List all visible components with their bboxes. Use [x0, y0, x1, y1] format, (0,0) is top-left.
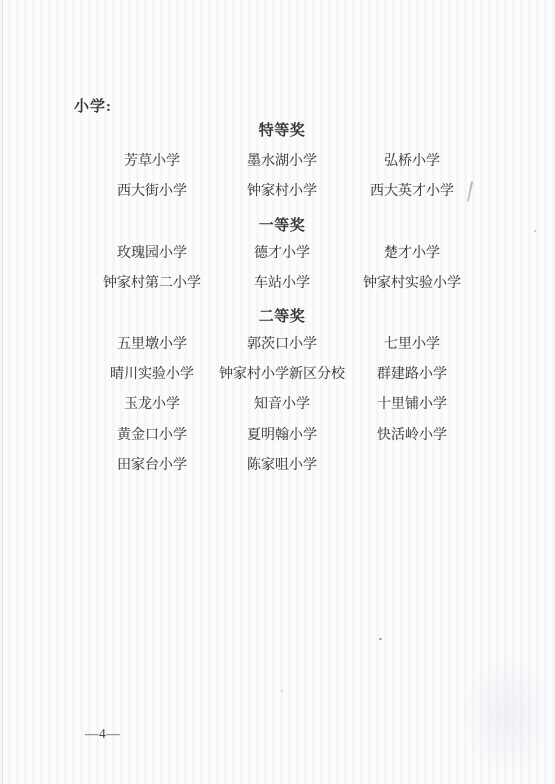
school-name: 钟家村小学新区分校: [217, 367, 347, 383]
page-number: —4—: [85, 726, 120, 742]
section-title-special-prize: 特等奖: [87, 123, 477, 139]
school-row: 玫瑰园小学 德才小学 楚才小学: [87, 246, 477, 262]
school-name: 钟家村实验小学: [347, 276, 477, 292]
school-name: 五里墩小学: [87, 337, 217, 353]
school-name: 快活岭小学: [347, 428, 477, 444]
school-name: 钟家村第二小学: [87, 276, 217, 292]
school-row: 玉龙小学 知音小学 十里铺小学: [87, 397, 477, 413]
school-name: 夏明翰小学: [217, 428, 347, 444]
school-name: 群建路小学: [347, 367, 477, 383]
school-name: 黄金口小学: [87, 428, 217, 444]
school-name: 陈家咀小学: [217, 458, 347, 474]
school-row: 钟家村第二小学 车站小学 钟家村实验小学: [87, 276, 477, 292]
school-name: 钟家村小学: [217, 184, 347, 200]
school-row: 五里墩小学 郭茨口小学 七里小学: [87, 337, 477, 353]
school-name: 车站小学: [217, 276, 347, 292]
school-name: 玉龙小学: [87, 397, 217, 413]
school-name: 田家台小学: [87, 458, 217, 474]
school-name: 德才小学: [217, 246, 347, 262]
school-name: 七里小学: [347, 337, 477, 353]
school-name: [347, 458, 477, 474]
section-title-first-prize: 一等奖: [87, 218, 477, 234]
school-name: 西大街小学: [87, 184, 217, 200]
scanned-document-page: 小学: 特等奖 芳草小学 墨水湖小学 弘桥小学 西大街小学 钟家村小学 西大英才…: [0, 0, 555, 784]
scan-speck: [379, 638, 382, 640]
school-name: 楚才小学: [347, 246, 477, 262]
category-label: 小学:: [74, 95, 112, 116]
school-row: 田家台小学 陈家咀小学: [87, 458, 477, 474]
school-row: 西大街小学 钟家村小学 西大英才小学: [87, 184, 477, 200]
scan-speck: [281, 690, 283, 692]
school-name: 十里铺小学: [347, 397, 477, 413]
scan-speck: [534, 230, 536, 232]
school-name: 玫瑰园小学: [87, 246, 217, 262]
school-row: 黄金口小学 夏明翰小学 快活岭小学: [87, 428, 477, 444]
school-name: 墨水湖小学: [217, 154, 347, 170]
school-name: 知音小学: [217, 397, 347, 413]
school-row: 晴川实验小学 钟家村小学新区分校 群建路小学: [87, 367, 477, 383]
scan-ghosting: [460, 650, 555, 780]
school-name: 芳草小学: [87, 154, 217, 170]
school-name: 郭茨口小学: [217, 337, 347, 353]
school-name: 晴川实验小学: [87, 367, 217, 383]
award-list: 特等奖 芳草小学 墨水湖小学 弘桥小学 西大街小学 钟家村小学 西大英才小学 一…: [87, 120, 477, 474]
scan-edge-line: [2, 0, 3, 784]
section-title-second-prize: 二等奖: [87, 309, 477, 325]
school-row: 芳草小学 墨水湖小学 弘桥小学: [87, 154, 477, 170]
school-name: 弘桥小学: [347, 154, 477, 170]
school-name: 西大英才小学: [347, 184, 477, 200]
